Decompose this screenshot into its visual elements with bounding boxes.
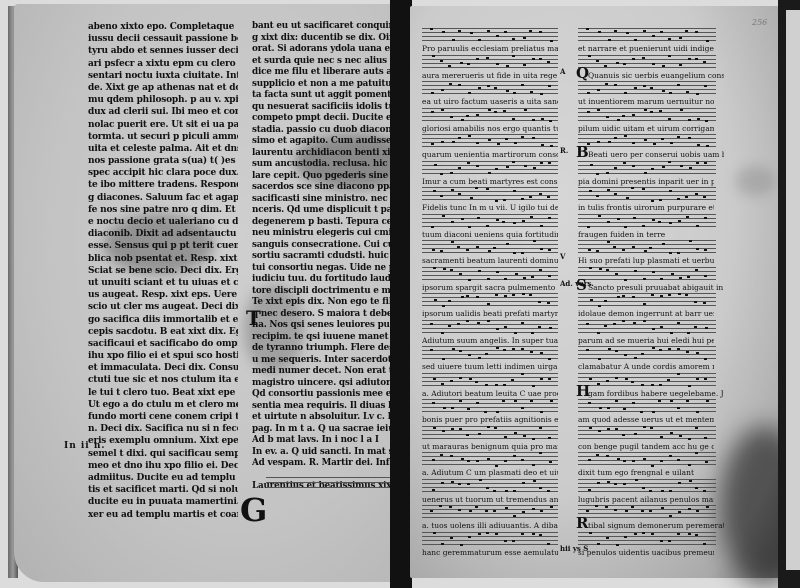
neume <box>512 294 515 296</box>
neume <box>668 161 671 163</box>
neume <box>512 118 515 120</box>
neume <box>703 543 706 545</box>
chant-lyric: a. Adiutum C um plasmati deo et uiuis ti… <box>422 468 558 477</box>
neume <box>505 490 508 492</box>
neume <box>466 115 469 117</box>
neume <box>431 92 434 94</box>
neume <box>694 301 697 303</box>
manuscript-line: tis et sacificet marti. Qd si noluerit, … <box>88 484 238 496</box>
left-page: In ii n. abeno xixto epo. Completaqueius… <box>14 4 392 582</box>
neume <box>625 378 628 380</box>
neume <box>458 483 461 485</box>
neume <box>643 303 646 305</box>
neume <box>452 141 455 143</box>
neume <box>504 436 507 438</box>
neume <box>476 58 479 60</box>
neume <box>451 241 454 243</box>
music-staff <box>422 479 558 493</box>
music-staff <box>422 320 558 334</box>
neume <box>548 85 551 87</box>
neume <box>485 384 488 386</box>
manuscript-line: magistro uincere. qsi adiutore querens. <box>252 378 397 390</box>
music-staff <box>422 81 558 95</box>
neume <box>470 197 473 199</box>
chant-lyric: Adiutum suum angelis. In super tuam et c… <box>422 336 558 345</box>
neume <box>514 332 517 334</box>
neume <box>539 193 542 195</box>
neume <box>440 454 443 456</box>
neume <box>685 196 688 198</box>
neume <box>660 31 663 33</box>
neume <box>606 269 609 271</box>
neume <box>588 459 591 461</box>
neume <box>452 348 455 350</box>
neume <box>433 532 436 534</box>
neume <box>478 533 481 535</box>
neume <box>468 135 471 137</box>
neume <box>686 91 689 93</box>
neume <box>461 218 464 220</box>
neume <box>696 93 699 95</box>
neume <box>442 358 445 360</box>
music-staff <box>422 399 558 413</box>
neume <box>634 39 637 41</box>
neume <box>431 111 434 113</box>
neume <box>467 483 470 485</box>
neume <box>549 461 552 463</box>
manuscript-line: te ibo mittere tradens. Respondente <box>88 179 238 191</box>
manuscript-line: us augeat. Resp. xixt eps. Uere scio et <box>88 289 238 301</box>
neume <box>706 145 709 147</box>
manuscript-line: abeno xixto epo. Completaque <box>88 21 238 33</box>
neume <box>632 402 635 404</box>
neume <box>548 217 551 219</box>
neume <box>596 195 599 197</box>
neume <box>668 294 671 296</box>
neume <box>668 118 671 120</box>
neume <box>521 322 524 324</box>
neume <box>686 351 689 353</box>
neume <box>689 480 692 482</box>
manuscript-line: blica nob psentat et. Resp. xixt epe. <box>88 253 238 265</box>
manuscript-line: sortiu sacramti cdudsti. huic sangui <box>252 251 397 263</box>
neume <box>506 166 509 168</box>
neume <box>658 400 661 402</box>
neume <box>539 31 542 33</box>
manuscript-line: ut unuiti sciant et tu uiuas et cler tu <box>88 277 238 289</box>
neume <box>458 137 461 139</box>
neume <box>476 142 479 144</box>
neume <box>678 220 681 222</box>
neume <box>521 533 524 535</box>
neume <box>687 332 690 334</box>
neume <box>532 508 535 510</box>
neume <box>631 381 634 383</box>
chant-lyric: a. Adiutori beatum leuita C uae proeliab… <box>422 389 558 398</box>
neume <box>487 303 490 305</box>
neume <box>588 249 591 251</box>
manuscript-line: diaconib. Dixit ad adsentauctu epm <box>88 228 238 240</box>
neume <box>596 173 599 175</box>
neume <box>512 161 515 163</box>
rubric-marginal: R. <box>560 146 568 155</box>
neume <box>659 349 662 351</box>
chant-lyric: tuum diaconi ueniens quia fortitudinis g… <box>422 230 558 239</box>
manuscript-line: Ad vespam. R. Martir dei. Inf. <box>252 458 397 470</box>
neume <box>548 358 551 360</box>
neume <box>705 120 708 122</box>
neume <box>441 89 444 91</box>
neume <box>633 322 636 324</box>
neume <box>587 111 590 113</box>
neume <box>632 296 635 298</box>
music-staff <box>422 28 558 42</box>
neume <box>677 252 680 254</box>
chant-lyric: sed uiuere tuum letti indimen uirga corp… <box>422 362 558 371</box>
neume <box>441 141 444 143</box>
neume <box>434 299 437 301</box>
neume <box>521 459 524 461</box>
neume <box>608 348 611 350</box>
neume <box>461 458 464 460</box>
neume <box>622 434 625 436</box>
neume <box>705 461 708 463</box>
neume <box>523 435 526 437</box>
neume <box>522 293 525 295</box>
neume <box>649 247 652 249</box>
manuscript-line: e noctu decio et ualeriano cu duob <box>88 216 238 228</box>
neume <box>532 385 535 387</box>
neume <box>607 481 610 483</box>
manuscript-line: tormta. ut securi p piculi ammerent <box>88 131 238 143</box>
neume <box>493 510 496 512</box>
neume <box>696 162 699 164</box>
neume <box>703 490 706 492</box>
neume <box>634 433 637 435</box>
neume <box>495 533 498 535</box>
neume <box>599 407 602 409</box>
chant-lyric: aura mererueris ut fide in uita rege res… <box>422 71 558 80</box>
neume <box>450 116 453 118</box>
neume <box>466 320 469 322</box>
left-column-1: abeno xixto epo. Completaqueiussu decii … <box>88 21 238 521</box>
neume <box>634 87 637 89</box>
neume <box>441 543 444 545</box>
neume <box>677 373 680 375</box>
neume <box>488 139 491 141</box>
neume <box>632 246 635 248</box>
neume <box>493 490 496 492</box>
chant-lyric: ipsorum spargit sacra pulmemento cumpedi… <box>422 283 558 292</box>
neume <box>660 326 663 328</box>
manuscript-line: tore discipli doctrimentu e magistro <box>252 286 397 298</box>
neume <box>634 357 637 359</box>
neume <box>689 167 692 169</box>
neume <box>533 480 536 482</box>
neume <box>670 142 673 144</box>
neume <box>522 511 525 513</box>
neume <box>688 119 691 121</box>
neume <box>695 534 698 536</box>
neume <box>633 217 636 219</box>
neume <box>467 408 470 410</box>
neume <box>652 63 655 65</box>
neume <box>586 510 589 512</box>
neume <box>478 357 481 359</box>
neume <box>547 196 550 198</box>
neume <box>614 483 617 485</box>
neume <box>550 400 553 402</box>
neume <box>704 275 707 277</box>
neume <box>477 217 480 219</box>
music-staff <box>422 532 558 546</box>
music-staff <box>578 320 716 334</box>
neume <box>521 407 524 409</box>
neume <box>533 167 536 169</box>
neume <box>678 511 681 513</box>
neume <box>448 65 451 67</box>
manuscript-line: sacerdos sce sine diacono ppas. Tu num <box>252 182 397 194</box>
music-staff <box>578 81 716 95</box>
chant-lyric: Imur a cum beati martyres est consortibu… <box>422 177 558 186</box>
music-staff <box>578 399 716 413</box>
neume <box>679 37 682 39</box>
neume <box>704 378 707 380</box>
large-initial-g: G <box>240 491 267 529</box>
neume <box>486 188 489 190</box>
manuscript-line: ducite eu in puuata mamertini. Et du <box>88 496 238 508</box>
neume <box>538 326 541 328</box>
neume <box>642 532 645 534</box>
neume <box>643 426 646 428</box>
music-staff <box>422 293 558 307</box>
neume <box>704 217 707 219</box>
neume <box>443 268 446 270</box>
neume <box>523 277 526 279</box>
neume <box>622 249 625 251</box>
manuscript-line: ctuti tue sic et nos ctulum ita et ctu <box>88 374 238 386</box>
neume <box>529 30 532 32</box>
neume <box>615 377 618 379</box>
neume <box>607 221 610 223</box>
neume <box>642 188 645 190</box>
neume <box>512 55 515 57</box>
neume <box>614 167 617 169</box>
chant-lyric: clamabatur A unde cordis amorem mi cu <box>578 362 714 371</box>
neume <box>550 40 553 42</box>
music-staff <box>578 532 716 546</box>
neume <box>460 544 463 546</box>
neume <box>531 332 534 334</box>
neume <box>608 39 611 41</box>
manuscript-line: stadia. passio cu duob diaconib felici <box>252 125 397 137</box>
neume <box>586 349 589 351</box>
music-staff <box>422 55 558 69</box>
neume <box>632 114 635 116</box>
manuscript-line: scio ut cler ms augeat. Deci dix. Er <box>88 301 238 313</box>
neume <box>449 83 452 85</box>
neume <box>615 400 618 402</box>
neume <box>461 296 464 298</box>
neume <box>688 438 691 440</box>
neume <box>531 276 534 278</box>
manuscript-line: ari psfecr a xixtu epm cu clero suo p <box>88 58 238 70</box>
neume <box>475 381 478 383</box>
music-staff <box>422 452 558 466</box>
neume <box>651 168 654 170</box>
neume <box>513 252 516 254</box>
neume <box>642 57 645 59</box>
neume <box>442 31 445 33</box>
neume <box>595 505 598 507</box>
manuscript-line: nceris. Qd ume displicuit t pat. Nuqd <box>252 205 397 217</box>
neume <box>606 380 609 382</box>
neume <box>695 58 698 60</box>
neume <box>616 62 619 64</box>
neume <box>459 377 462 379</box>
book-gutter <box>390 0 412 588</box>
neume <box>503 199 506 201</box>
neume <box>626 32 629 34</box>
rubric-marginal: A <box>560 67 565 76</box>
neume <box>608 141 611 143</box>
neume <box>623 162 626 164</box>
left-column-2: bant eu ut sacificaret conquirarone. Bea… <box>252 21 397 493</box>
neume <box>487 426 490 428</box>
neume <box>697 118 700 120</box>
neume <box>548 162 551 164</box>
neume <box>669 92 672 94</box>
neume <box>434 164 437 166</box>
neume <box>486 57 489 59</box>
neume <box>502 400 505 402</box>
neume <box>503 110 506 112</box>
neume <box>487 320 490 322</box>
neume <box>688 58 691 60</box>
neume <box>662 243 665 245</box>
manuscript-line: le tui t clero tuo. Beat xixt epe dix. <box>88 387 238 399</box>
neume <box>590 299 593 301</box>
manuscript-line: Sciat se bene scio. Deci dix. Ergo si sc… <box>88 265 238 277</box>
manuscript-line: Qd consortiu passionis mee expectas. Qd … <box>252 389 397 401</box>
neume <box>614 84 617 86</box>
chant-lyric: sacramenti beatum laurenti dominum. H i … <box>422 256 558 265</box>
neume <box>503 349 506 351</box>
neume <box>495 465 498 467</box>
neume <box>632 165 635 167</box>
neume <box>694 326 697 328</box>
neume <box>441 482 444 484</box>
neume <box>662 166 665 168</box>
neume <box>486 532 489 534</box>
neume <box>587 226 590 228</box>
music-staff <box>578 452 716 466</box>
neume <box>704 162 707 164</box>
neume <box>550 145 553 147</box>
scan-margin <box>786 10 800 570</box>
neume <box>448 325 451 327</box>
neume <box>450 269 453 271</box>
neume <box>513 455 516 457</box>
neume <box>677 322 680 324</box>
neume <box>668 540 671 542</box>
neume <box>547 490 550 492</box>
neume <box>512 38 515 40</box>
neume <box>540 411 543 413</box>
neume <box>688 137 691 139</box>
neume <box>704 437 707 439</box>
neume <box>503 384 506 386</box>
neume <box>617 218 620 220</box>
chant-lyric: si penulos uidentis uacibus premeure lux… <box>578 548 714 557</box>
neume <box>529 294 532 296</box>
neume <box>641 384 644 386</box>
manuscript-line: xer eu ad templu martis et coarta. <box>88 509 238 521</box>
neume <box>634 270 637 272</box>
manuscript-line: uita et celeste palma. Ait et dns xpe <box>88 143 238 155</box>
neume <box>548 437 551 439</box>
music-staff <box>422 240 558 254</box>
neume <box>530 400 533 402</box>
neume <box>549 327 552 329</box>
neume <box>470 32 473 34</box>
neume <box>512 348 515 350</box>
neume <box>677 84 680 86</box>
neume <box>705 327 708 329</box>
manuscript-line: eris exemplu omnium. Xixt epe dix. la <box>88 435 238 447</box>
manuscript-line: nolac puerit ere. Ut sit ei ua passi <box>88 119 238 131</box>
neume <box>459 350 462 352</box>
neume <box>504 295 507 297</box>
neume <box>622 320 625 322</box>
chant-lyric: hanc geremmaturum esse aemulatus palis e… <box>422 548 558 557</box>
neume <box>685 30 688 32</box>
music-staff <box>422 267 558 281</box>
neume <box>696 510 699 512</box>
rubric-marginal: Ad. vers. <box>560 279 594 288</box>
neume <box>496 63 499 65</box>
neume <box>476 114 479 116</box>
manuscript-line: go sacifica diis immortalib et esto p <box>88 314 238 326</box>
neume <box>686 216 689 218</box>
neume <box>450 172 453 174</box>
neume <box>632 58 635 60</box>
manuscript-line: g xixt dix: ducentib se dix. Oinfelices … <box>252 33 397 45</box>
neume <box>532 438 535 440</box>
neume <box>530 216 533 218</box>
manuscript-line: et surda quie nec s nec alius p sunt. Si… <box>252 56 397 68</box>
neume <box>442 305 445 307</box>
neume <box>641 353 644 355</box>
neume <box>496 271 499 273</box>
neume <box>458 167 461 169</box>
neume <box>478 270 481 272</box>
manuscript-line: n. Deci dix. Sacifica nu si n feceris tu <box>88 423 238 435</box>
neume <box>680 109 683 111</box>
neume <box>432 402 435 404</box>
neume <box>615 273 618 275</box>
manuscript-line: g diacones. Saluum fac et agapit d <box>88 192 238 204</box>
neume <box>632 460 635 462</box>
chant-lyric: uenerus ut tuorum ut tremendus anilea qu… <box>422 495 558 504</box>
left-music-staff <box>266 477 396 491</box>
neume <box>495 168 498 170</box>
neume <box>644 172 647 174</box>
neume <box>669 190 672 192</box>
neume <box>466 434 469 436</box>
chant-lyric: pia domini presentis inparit uer in parl… <box>578 177 714 186</box>
neume <box>532 119 535 121</box>
